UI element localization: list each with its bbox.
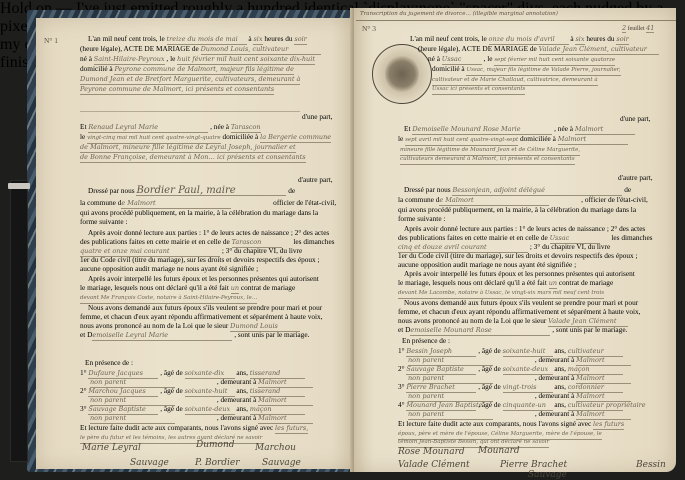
body-text: et Demoiselle Mounard Rose , sont unis p… [398, 325, 627, 336]
officer-name: Bordier Paul, maire [136, 186, 286, 196]
left-officer-line1: Dressé par nous Bordier Paul, maire de [88, 186, 295, 196]
une-part-label: d'une part, [302, 112, 333, 121]
autre-part-label: d'autre part, [618, 173, 653, 182]
body-text: aucune opposition audit mariage ne nous … [80, 264, 258, 273]
body-text: aucune opposition audit mariage ne nous … [398, 260, 576, 269]
signature: Valade Clément [398, 460, 470, 470]
body-text: Après avoir donné lecture aux parties : … [88, 228, 329, 237]
body-text: 1er du Code civil (titre du mariage), su… [398, 251, 638, 260]
body-text: femme, et chacun d'eux ayant répondu aff… [80, 312, 323, 321]
clasp-tab [8, 183, 30, 189]
body-text: qui avons procédé publiquement, en la ma… [80, 208, 318, 217]
signature: Sauvage [528, 470, 567, 480]
binding-clasp [10, 180, 28, 462]
body-text: Après avoir interpellé les futurs époux … [404, 269, 635, 278]
witnesses-title: En présence de : [85, 358, 133, 367]
witnesses-title: En présence de : [402, 336, 450, 345]
body-text: et Demoiselle Leyral Marie , sont unis p… [80, 330, 309, 341]
left-bride-line4: de Bonne Françoise, demeurant à Mon… ici… [80, 152, 306, 163]
body-text: qui avons procédé publiquement, en la ma… [398, 205, 636, 214]
signature: Sauvage [130, 458, 169, 468]
signature: Pierre Brachet [500, 460, 567, 470]
autre-part-label: d'autre part, [298, 175, 333, 184]
seal-figure-icon [385, 55, 419, 93]
body-text: forme suivante : [398, 214, 445, 223]
une-part-label: d'une part, [620, 114, 651, 123]
signature: Marie Leyral [82, 443, 141, 453]
margin-annotation: Transcription du jugement de divorce… (i… [356, 8, 676, 21]
body-text: Nous avons demandé aux futurs époux s'il… [404, 298, 638, 307]
right-bride-line4: cultivateurs demeurant à Malmort, ici pr… [400, 153, 575, 165]
body-text: Nous avons demandé aux futurs époux s'il… [88, 303, 322, 312]
signature: P. Bordier [195, 458, 240, 468]
body-text: forme suivante : [80, 217, 127, 226]
rule [80, 111, 300, 112]
right-act-number: N° 3 [362, 24, 376, 33]
signature: Bessin [636, 460, 666, 470]
signature: Dumond [196, 440, 235, 450]
body-text: Après avoir donné lecture aux parties : … [404, 224, 645, 233]
right-intro-line6: Ussac ici présents et consentants [432, 83, 525, 95]
body-text: Après avoir interpellé les futurs époux … [88, 274, 319, 283]
signature: Sauvage [262, 458, 301, 468]
left-intro-line6: Peyrone commune de Malmort, ici présents… [80, 84, 274, 95]
signature: Marchou [255, 443, 296, 453]
body-text: femme, et chacun d'eux ayant répondu aff… [398, 307, 641, 316]
signature: Rose Mounard [398, 447, 465, 457]
signature: Mounard [478, 446, 520, 456]
left-act-number: N° 1 [44, 36, 58, 45]
body-text: 1er du Code civil (titre du mariage), su… [80, 255, 320, 264]
feuillet-mark: 2 feuillet 41 [622, 24, 654, 33]
